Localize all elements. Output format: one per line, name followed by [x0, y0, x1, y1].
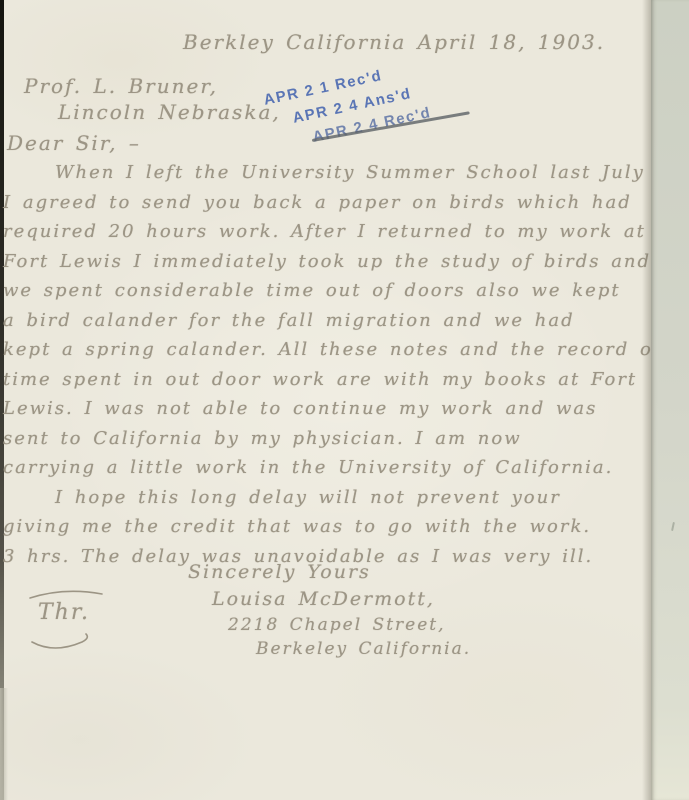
recipient-city: Lincoln Nebraska, [58, 100, 281, 124]
salutation: Dear Sir, – [7, 131, 141, 155]
letter-line: I hope this long delay will not prevent … [3, 483, 653, 513]
letter-line: kept a spring calander. All these notes … [3, 335, 653, 365]
page-edge-shadow [642, 0, 651, 800]
adjacent-page-edge [651, 0, 689, 800]
signature-street: 2218 Chapel Street, [228, 615, 446, 635]
letter-line: required 20 hours work. After I returned… [3, 217, 653, 247]
margin-note-text: Thr. [38, 600, 90, 625]
letter-line: I agreed to send you back a paper on bir… [3, 188, 653, 218]
letter-body: When I left the University Summer School… [3, 158, 653, 571]
signature: Louisa McDermott, [212, 588, 435, 610]
letter-line: sent to California by my physician. I am… [3, 424, 653, 454]
margin-annotation: Thr. [24, 584, 128, 664]
dateline: Berkley California April 18, 1903. [183, 30, 605, 54]
letter-line: time spent in out door work are with my … [3, 365, 653, 395]
letter-line: a bird calander for the fall migration a… [3, 306, 653, 336]
closing: Sincerely Yours [188, 561, 371, 583]
letter-line: Fort Lewis I immediately took up the stu… [3, 247, 653, 277]
letter-line: When I left the University Summer School… [3, 158, 653, 188]
signature-city: Berkeley California. [256, 639, 471, 659]
letter-line: we spent considerable time out of doors … [3, 276, 653, 306]
letter-line: Lewis. I was not able to continue my wor… [3, 394, 653, 424]
recipient-name: Prof. L. Bruner, [24, 74, 218, 98]
letter-line: carrying a little work in the University… [3, 453, 653, 483]
gutter-edge-bottom [0, 688, 8, 800]
letter-line: giving me the credit that was to go with… [3, 512, 653, 542]
scanned-letter-page: Berkley California April 18, 1903. Prof.… [0, 0, 689, 800]
